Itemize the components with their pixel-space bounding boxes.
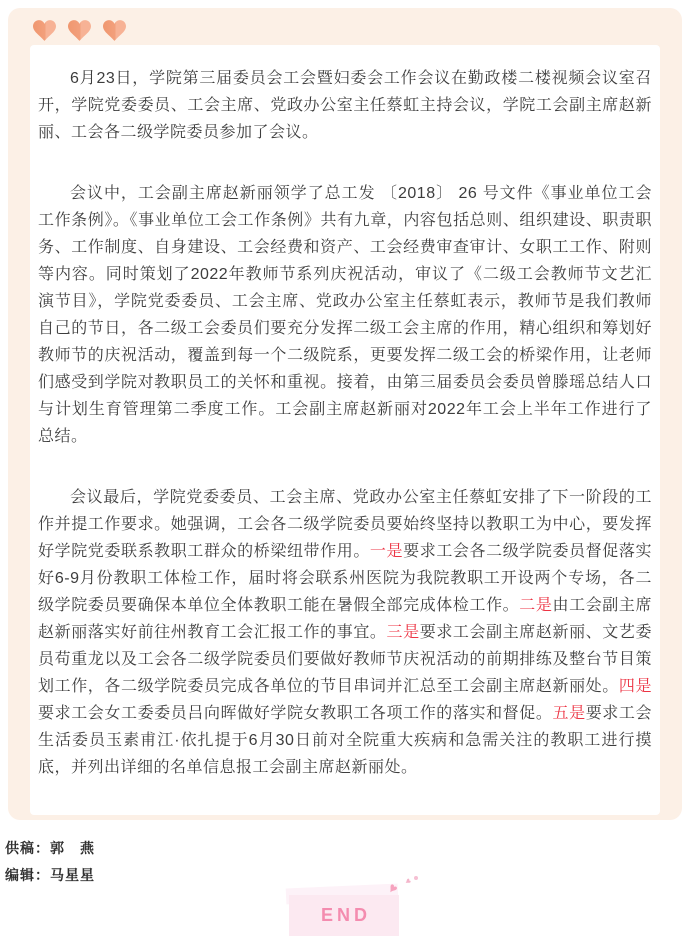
editor-label: 编辑： bbox=[5, 867, 50, 883]
article-page: 6月23日，学院第三届委员会工会暨妇委会工作会议在勤政楼二楼视频会议室召开，学院… bbox=[0, 0, 690, 940]
end-badge-face: END bbox=[289, 895, 399, 936]
contributor-line: 供稿：郭 燕 bbox=[5, 835, 95, 862]
article-card: 6月23日，学院第三届委员会工会暨妇委会工作会议在勤政楼二楼视频会议室召开，学院… bbox=[30, 45, 660, 815]
emphasis-text: 二是 bbox=[519, 597, 552, 614]
end-badge: END ♥ ♥ bbox=[289, 886, 399, 936]
content-panel: 6月23日，学院第三届委员会工会暨妇委会工作会议在勤政楼二楼视频会议室召开，学院… bbox=[8, 8, 682, 820]
body-text: 要求工会女工委委员吕向晖做好学院女教职工各项工作的落实和督促。 bbox=[38, 705, 552, 722]
contributor-name: 郭 燕 bbox=[50, 840, 95, 856]
body-text: 6月23日，学院第三届委员会工会暨妇委会工作会议在勤政楼二楼视频会议室召开，学院… bbox=[38, 70, 652, 141]
emphasis-text: 一是 bbox=[370, 543, 403, 560]
heart-icon bbox=[33, 20, 56, 41]
hearts-decoration bbox=[33, 20, 126, 41]
emphasis-text: 五是 bbox=[552, 705, 585, 722]
heart-icon bbox=[103, 20, 126, 41]
contributor-label: 供稿： bbox=[5, 840, 50, 856]
heart-icon bbox=[68, 20, 91, 41]
dot-decoration bbox=[414, 876, 418, 880]
emphasis-text: 三是 bbox=[387, 624, 420, 641]
small-heart-icon: ♥ bbox=[402, 877, 412, 887]
article-footer: 供稿：郭 燕 编辑：马星星 bbox=[5, 835, 95, 889]
editor-name: 马星星 bbox=[50, 867, 95, 883]
paragraph-3: 会议最后，学院党委委员、工会主席、党政办公室主任蔡虹安排了下一阶段的工作并提工作… bbox=[38, 484, 652, 781]
emphasis-text: 四是 bbox=[619, 678, 652, 695]
editor-line: 编辑：马星星 bbox=[5, 862, 95, 889]
end-label: END bbox=[317, 905, 371, 926]
paragraph-1: 6月23日，学院第三届委员会工会暨妇委会工作会议在勤政楼二楼视频会议室召开，学院… bbox=[38, 65, 652, 146]
body-text: 会议中，工会副主席赵新丽领学了总工发 〔2018〕 26 号文件《事业单位工会工… bbox=[38, 185, 652, 445]
paragraph-2: 会议中，工会副主席赵新丽领学了总工发 〔2018〕 26 号文件《事业单位工会工… bbox=[38, 180, 652, 450]
